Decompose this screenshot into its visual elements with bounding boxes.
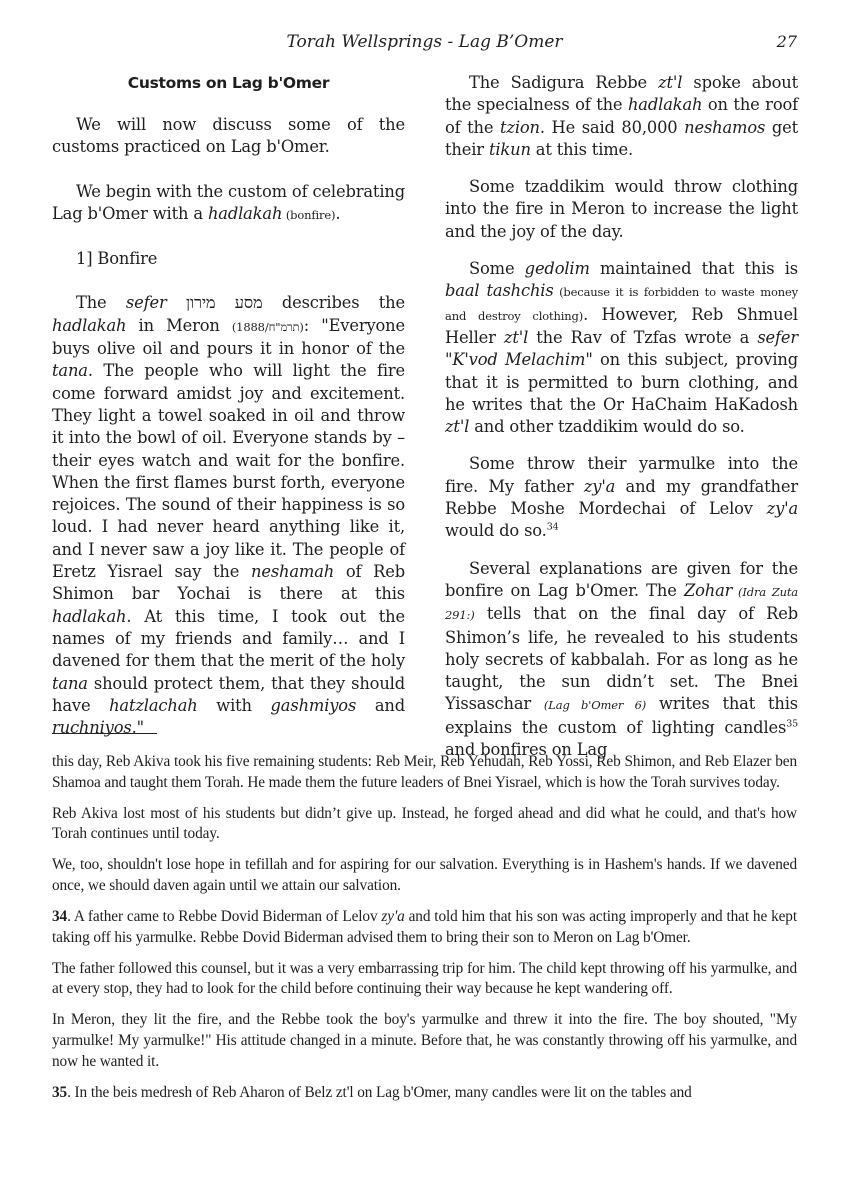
footnote-34: 34. A father came to Rebbe Dovid Biderma… (52, 907, 797, 948)
text: . He said 80,000 (540, 118, 684, 137)
text: would do so. (445, 521, 547, 540)
italic-term: hadlakah (52, 316, 126, 335)
footnote-number: 35 (52, 1084, 67, 1101)
page-number: 27 (777, 32, 797, 51)
paragraph: Some gedolim maintained that this is baa… (445, 258, 798, 438)
small-note: (Lag b'Omer 6) (544, 698, 646, 712)
italic-term: zy'a (381, 908, 404, 925)
right-column: The Sadigura Rebbe zt'l spoke about the … (445, 72, 798, 761)
italic-term: gashmiyos (271, 696, 357, 715)
italic-term: ruchniyos (52, 718, 132, 737)
text: maintained that this is (590, 259, 798, 278)
text: and other tzaddikim would do so. (469, 417, 744, 436)
italic-term: hadlakah (628, 95, 702, 114)
text: and (356, 696, 405, 715)
italic-term: hatzlachah (109, 696, 198, 715)
italic-term: neshamos (684, 118, 765, 137)
italic-term: zy'a (584, 477, 615, 496)
text: The (76, 293, 126, 312)
italic-term: hadlakah (208, 204, 282, 223)
footnote-35: 35. In the beis medresh of Reb Aharon of… (52, 1083, 797, 1104)
running-title: Torah Wellsprings - Lag B’Omer (0, 32, 849, 52)
footnote-ref[interactable]: 34 (547, 522, 559, 533)
footnote-number: 34 (52, 908, 67, 925)
italic-term: sefer (126, 293, 167, 312)
left-column: Customs on Lag b'Omer We will now discus… (52, 72, 405, 739)
footnote-paragraph: We, too, shouldn't lose hope in tefillah… (52, 855, 797, 896)
paragraph: Several explanations are given for the b… (445, 558, 798, 762)
small-note: (bonfire) (282, 208, 335, 222)
paragraph: We will now discuss some of the customs … (52, 114, 405, 159)
paragraph: We begin with the custom of celebrating … (52, 181, 405, 227)
text: Some (469, 259, 525, 278)
footnotes: this day, Reb Akiva took his five remain… (52, 752, 797, 1114)
italic-term: neshamah (251, 562, 334, 581)
text: . (335, 204, 340, 223)
italic-term: sefer (757, 328, 798, 347)
italic-term: tana (52, 674, 88, 693)
paragraph: The sefer מסע מירון describes the hadlak… (52, 292, 405, 739)
paragraph: Some tzaddikim would throw clothing into… (445, 176, 798, 243)
text: at this time. (531, 140, 633, 159)
running-header: Torah Wellsprings - Lag B’Omer 27 (0, 32, 849, 58)
footnote-ref[interactable]: 35 (786, 718, 798, 729)
italic-term: tana (52, 361, 88, 380)
footnote-paragraph: this day, Reb Akiva took his five remain… (52, 752, 797, 793)
italic-term: tikun (489, 140, 531, 159)
section-heading: Customs on Lag b'Omer (52, 72, 405, 94)
italic-term: tzion (500, 118, 540, 137)
text: . A father came to Rebbe Dovid Biderman … (67, 908, 381, 925)
footnote-divider (52, 733, 157, 734)
italic-term: hadlakah (52, 607, 126, 626)
paragraph: The Sadigura Rebbe zt'l spoke about the … (445, 72, 798, 161)
text: . In the beis medresh of Reb Aharon of B… (67, 1084, 692, 1101)
small-note: (1888/תרמ"ח) (232, 320, 304, 334)
subheading: 1] Bonfire (52, 248, 405, 270)
italic-term: K'vod Melachim (452, 350, 585, 369)
italic-term: gedolim (525, 259, 590, 278)
italic-term: Zohar (684, 581, 732, 600)
text: ." (132, 718, 144, 737)
footnote-paragraph: Reb Akiva lost most of his students but … (52, 804, 797, 845)
footnote-paragraph: In Meron, they lit the fire, and the Reb… (52, 1010, 797, 1072)
italic-term: baal tashchis (445, 281, 554, 300)
paragraph: Some throw their yarmulke into the fire.… (445, 453, 798, 542)
text: in Meron (126, 316, 231, 335)
text: with (198, 696, 271, 715)
italic-term: zt'l (504, 328, 528, 347)
italic-term: zt'l (658, 73, 682, 92)
italic-term: zy'a (767, 499, 798, 518)
text: מסע מירון describes the (167, 293, 405, 312)
text: The Sadigura Rebbe (469, 73, 658, 92)
footnote-paragraph: The father followed this counsel, but it… (52, 959, 797, 1000)
italic-term: zt'l (445, 417, 469, 436)
text: . The people who will light the fire com… (52, 361, 405, 581)
text: the Rav of Tzfas wrote a (528, 328, 757, 347)
